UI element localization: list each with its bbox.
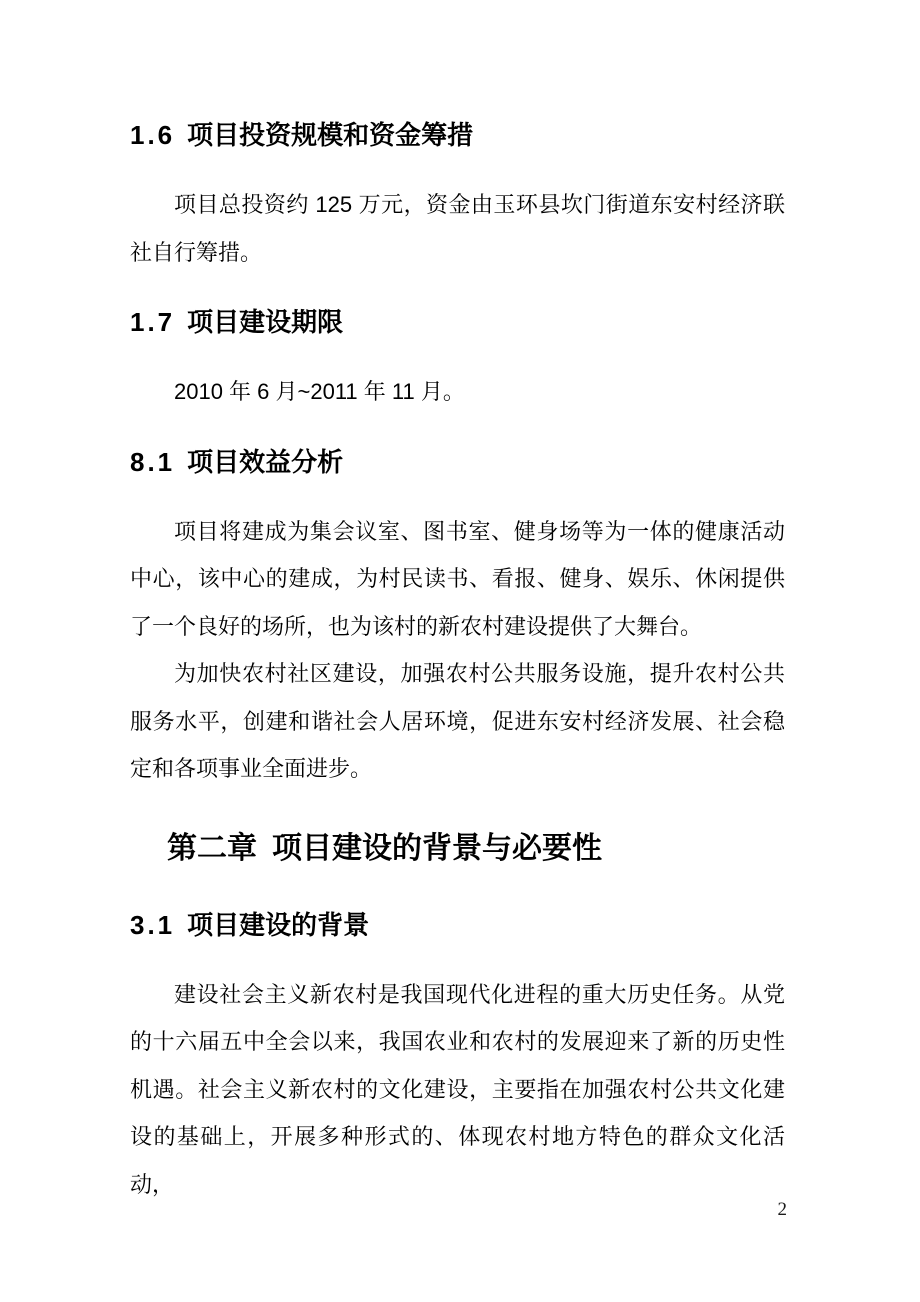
paragraph-benefit-analysis-2: 为加快农村社区建设，加强农村公共服务设施，提升农村公共服务水平，创建和谐社会人居… [130,650,785,793]
section-heading-1-6: 1.6项目投资规模和资金筹措 [130,117,785,153]
document-page: 1.6项目投资规模和资金筹措 项目总投资约 125 万元，资金由玉环县坎门街道东… [0,0,920,1302]
section-number: 8.1 [130,447,175,477]
paragraph-construction-period: 2010 年 6 月~2011 年 11 月。 [130,368,785,416]
section-title: 项目效益分析 [187,447,343,477]
paragraph-benefit-analysis-1: 项目将建成为集会议室、图书室、健身场等为一体的健康活动中心，该中心的建成，为村民… [130,508,785,651]
paragraph-investment-funding: 项目总投资约 125 万元，资金由玉环县坎门街道东安村经济联社自行筹措。 [130,181,785,276]
chapter-title: 项目建设的背景与必要性 [272,832,602,865]
chapter-label: 第二章 [167,832,257,865]
section-title: 项目建设期限 [187,307,343,337]
section-heading-3-1: 3.1项目建设的背景 [130,907,785,943]
section-number: 3.1 [130,910,175,940]
section-title: 项目投资规模和资金筹措 [187,120,473,150]
section-heading-8-1: 8.1项目效益分析 [130,444,785,480]
paragraph-background: 建设社会主义新农村是我国现代化进程的重大历史任务。从党的十六届五中全会以来，我国… [130,971,785,1209]
section-title: 项目建设的背景 [187,910,369,940]
page-number: 2 [778,1198,788,1222]
section-heading-1-7: 1.7项目建设期限 [130,304,785,340]
section-number: 1.6 [130,120,175,150]
chapter-heading: 第二章项目建设的背景与必要性 [130,829,785,869]
section-number: 1.7 [130,307,175,337]
